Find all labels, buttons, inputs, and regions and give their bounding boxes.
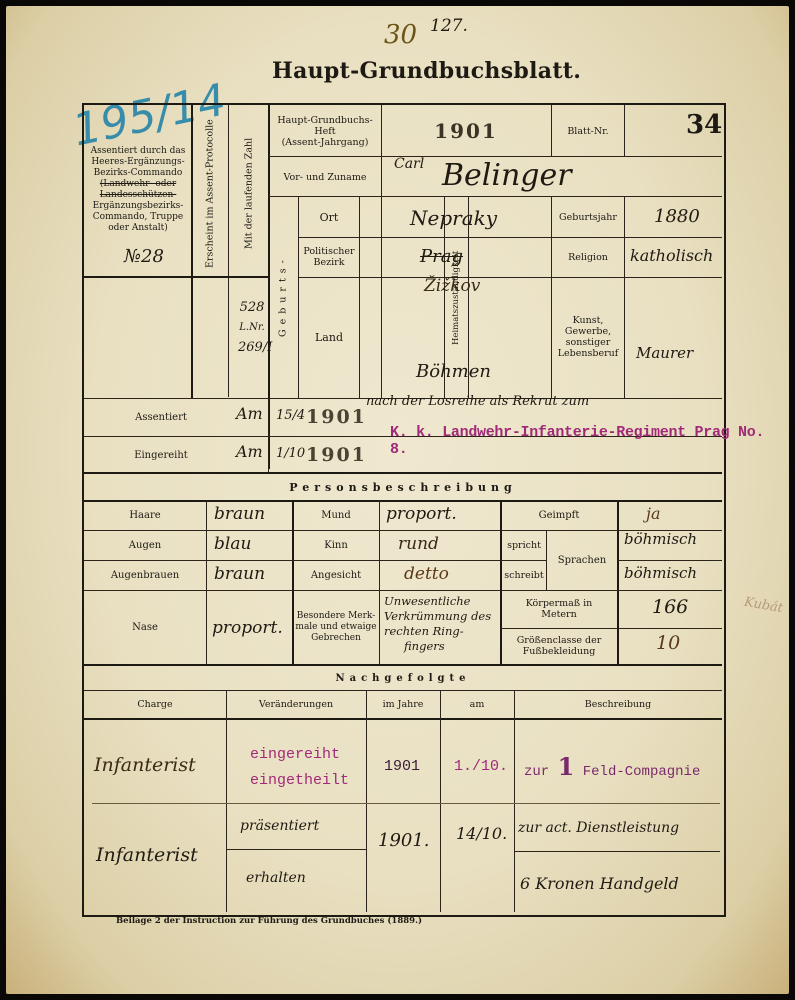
land-label: Land: [300, 278, 358, 396]
haare-value: braun: [214, 504, 265, 524]
row2-beschreibung-1: zur act. Dienstleistung: [518, 820, 679, 836]
augen-label: Augen: [86, 532, 204, 558]
nase-value: proport.: [212, 618, 283, 638]
eingereiht-year: 1901: [306, 444, 367, 466]
personsbeschreibung-title: Personsbeschreibung: [84, 474, 722, 500]
name-label: Vor- und Zuname: [270, 158, 380, 196]
augen-value: blau: [214, 534, 251, 554]
religion-label: Religion: [553, 238, 623, 276]
nachgefolgte-title: Nachgefolgte: [84, 666, 722, 690]
geimpft-label: Geimpft: [502, 502, 616, 528]
column-im-jahre: im Jahre: [366, 692, 440, 716]
besondere-merkmale-label: Besondere Merk- male und etwaige Gebrech…: [294, 592, 378, 662]
regiment-stamp: K. k. Landwehr-Infanterie-Regiment Prag …: [390, 424, 789, 458]
assentiert-date: 15/4: [276, 408, 305, 423]
kinn-value: rund: [398, 534, 439, 554]
mund-value: proport.: [386, 504, 457, 524]
row2-charge: Infanterist: [96, 844, 198, 866]
sprachen-label: Sprachen: [548, 532, 616, 588]
angesicht-value: detto: [404, 564, 449, 584]
mund-label: Mund: [294, 502, 378, 528]
row1-veraenderungen: eingereiht eingetheilt: [250, 742, 349, 794]
row2-jahr: 1901.: [378, 830, 430, 851]
page-title: Haupt-Grundbuchsblatt.: [272, 58, 581, 84]
beruf-value: Maurer: [636, 344, 693, 362]
augenbrauen-label: Augenbrauen: [86, 562, 204, 588]
koerpermass-label: Körpermaß in Metern: [502, 592, 616, 626]
margin-pencil-note: Kubát: [743, 595, 784, 617]
augenbrauen-value: braun: [214, 564, 265, 584]
nase-label: Nase: [86, 592, 204, 662]
brown-annotation: 30: [384, 20, 417, 50]
last-name-value: Belinger: [442, 158, 572, 193]
column-charge: Charge: [84, 692, 226, 716]
handwritten-note: nach der Losreihe als Rekrut zum: [366, 394, 589, 409]
koerpermass-value: 166: [652, 596, 688, 618]
land-value: Böhmen: [416, 361, 491, 382]
assentiert-row-label: Assentiert: [106, 400, 216, 434]
geimpft-value: ja: [646, 504, 661, 523]
spricht-value: böhmisch: [624, 530, 697, 548]
geburts-label: Geburts-: [270, 206, 296, 386]
assentiert-am: Am: [236, 404, 263, 423]
geburtsjahr-label: Geburtsjahr: [553, 198, 623, 236]
schreibt-label: schreibt: [502, 562, 546, 588]
row2-beschreibung-2: 6 Kronen Handgeld: [520, 874, 679, 893]
row1-jahr: 1901: [384, 758, 420, 775]
laufende-zahl-values: 528 L.Nr. 269/I: [238, 298, 266, 358]
page-number-annotation: 127.: [430, 16, 468, 36]
besondere-merkmale-value: Unwesentliche Verkrümmung des rechten Ri…: [384, 594, 491, 654]
schreibt-value: böhmisch: [624, 564, 697, 582]
assentiert-durch-label: Assentiert durch das Heeres-Ergänzungs- …: [88, 146, 188, 234]
eingereiht-date: 1/10: [276, 446, 305, 461]
row1-charge: Infanterist: [94, 754, 196, 776]
hauptgrundbuchs-heft-value: 1901: [382, 108, 550, 154]
religion-value: katholisch: [630, 246, 713, 265]
hauptgrundbuchs-heft-label: Haupt-Grundbuchs- Heft (Assent-Jahrgang): [270, 108, 380, 154]
row2-veraenderung-1: präsentiert: [240, 818, 319, 834]
eingereiht-row-label: Eingereiht: [106, 438, 216, 472]
row1-am: 1./10.: [454, 758, 508, 775]
document-page: 30 127. Haupt-Grundbuchsblatt. 195/14 As…: [6, 6, 789, 994]
groessenclasse-label: Größenclasse der Fußbekleidung: [502, 630, 616, 662]
protocolle-column-label: Erscheint im Assent-Protocolle: [196, 116, 224, 271]
kinn-label: Kinn: [294, 532, 378, 558]
eingereiht-am: Am: [236, 442, 263, 461]
row2-veraenderung-2: erhalten: [246, 870, 306, 886]
groessenclasse-value: 10: [656, 632, 680, 654]
blatt-nr-label: Blatt-Nr.: [552, 108, 624, 154]
column-veraenderungen: Veränderungen: [226, 692, 366, 716]
footer-instruction: Beilage 2 der Instruction zur Führung de…: [116, 916, 422, 926]
politischer-bezirk-label: Politischer Bezirk: [300, 238, 358, 276]
geburtsjahr-value: 1880: [654, 206, 700, 227]
column-am: am: [440, 692, 514, 716]
spricht-label: spricht: [502, 532, 546, 558]
heimatszustaendigkeit-label: Heimatszuständigkeit: [446, 238, 466, 358]
row1-beschreibung: zur 1 Feld-Compagnie: [524, 752, 700, 781]
angesicht-label: Angesicht: [294, 562, 378, 588]
laufende-zahl-column-label: Mit der laufenden Zahl: [234, 116, 264, 271]
column-beschreibung: Beschreibung: [514, 692, 722, 716]
haare-label: Haare: [86, 502, 204, 528]
assentiert-value: №28: [124, 246, 164, 267]
row2-am: 14/10.: [456, 824, 507, 843]
ort-label: Ort: [300, 198, 358, 236]
ort-value: Nepraky: [410, 206, 497, 230]
beruf-label: Kunst, Gewerbe, sonstiger Lebensberuf: [553, 278, 623, 396]
first-name-value: Carl: [394, 156, 424, 172]
assentiert-year: 1901: [306, 406, 367, 428]
blatt-nr-value: 34: [686, 110, 722, 140]
